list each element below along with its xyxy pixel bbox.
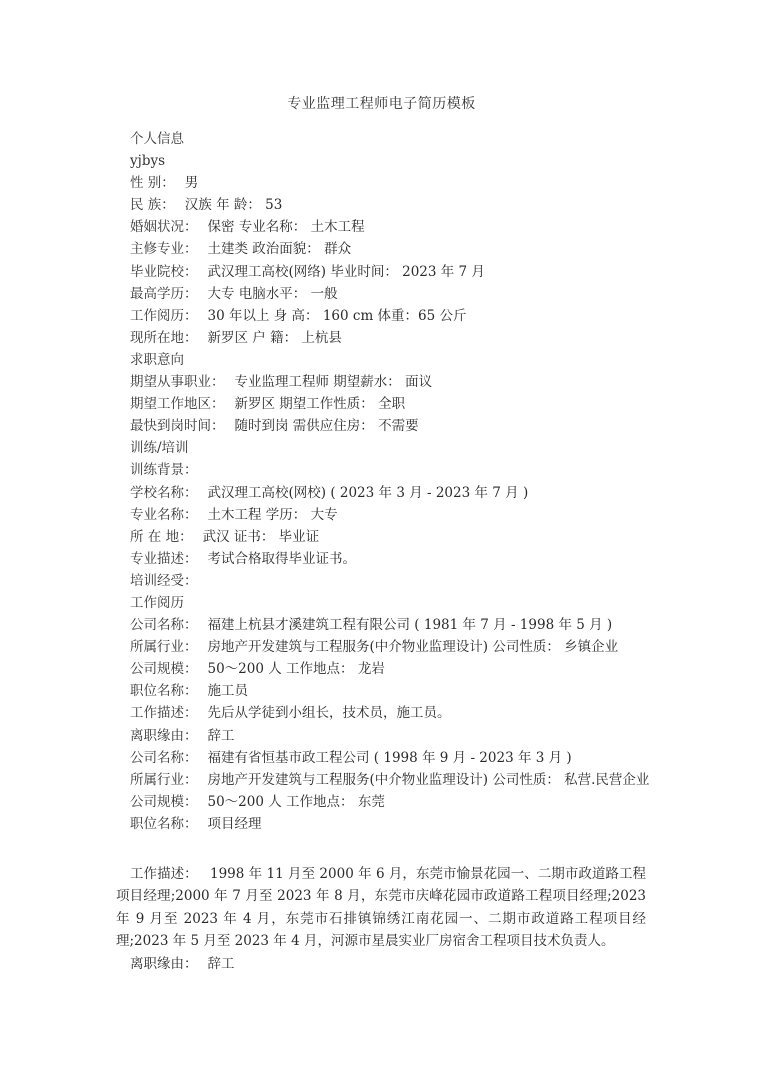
resume-line: 最快到岗时间：随时到岗 需供应住房： 不需要 bbox=[130, 415, 660, 437]
line-label: 公司规模： bbox=[130, 794, 198, 810]
line-value: 武汉理工高校(网校) ( 2023 年 3 月 - 2023 年 7 月 ) bbox=[208, 485, 529, 501]
resume-line: 所属行业：房地产开发建筑与工程服务(中介物业监理设计) 公司性质： 乡镇企业 bbox=[130, 636, 660, 658]
line-label: 民 族： bbox=[130, 197, 175, 213]
line-value: 武汉理工高校(网络) 毕业时间： 2023 年 7 月 bbox=[208, 264, 485, 280]
line-label: 公司名称： bbox=[130, 750, 198, 766]
work-description-paragraph: 工作描述： 1998 年 11 月至 2000 年 6 月，东莞市愉景花园一、二… bbox=[116, 863, 646, 952]
line-label: 工作阅历： bbox=[130, 308, 198, 324]
line-value: 先后从学徒到小组长，技术员，施工员。 bbox=[208, 705, 451, 721]
resume-line: 公司规模：50～200 人 工作地点： 东莞 bbox=[130, 791, 660, 813]
line-label: 公司规模： bbox=[130, 661, 198, 677]
line-value: 福建有省恒基市政工程公司 ( 1998 年 9 月 - 2023 年 3 月 ) bbox=[208, 750, 572, 766]
resume-line: 工作阅历 bbox=[130, 592, 660, 614]
resume-line: yjbys bbox=[130, 150, 660, 172]
resume-line: 工作描述：先后从学徒到小组长，技术员，施工员。 bbox=[130, 702, 660, 724]
resume-line: 婚姻状况：保密 专业名称： 土木工程 bbox=[130, 216, 660, 238]
line-label: 专业描述： bbox=[130, 551, 198, 567]
resume-line: 民 族：汉族 年 龄： 53 bbox=[130, 194, 660, 216]
resume-line: 职位名称：项目经理 bbox=[130, 813, 660, 835]
line-label: 训练/培训 bbox=[130, 440, 189, 456]
leave-reason-label: 离职缘由： bbox=[130, 956, 198, 972]
line-label: 所属行业： bbox=[130, 639, 198, 655]
line-label: 培训经受： bbox=[130, 573, 198, 589]
resume-line: 所属行业：房地产开发建筑与工程服务(中介物业监理设计) 公司性质： 私营.民营企… bbox=[130, 769, 660, 791]
line-value: 土建类 政治面貌： 群众 bbox=[208, 241, 352, 257]
line-value: 辞工 bbox=[208, 728, 235, 744]
resume-line: 职位名称：施工员 bbox=[130, 680, 660, 702]
line-value: 福建上杭县才溪建筑工程有限公司 ( 1981 年 7 月 - 1998 年 5 … bbox=[208, 617, 613, 633]
line-value: 房地产开发建筑与工程服务(中介物业监理设计) 公司性质： 乡镇企业 bbox=[208, 639, 619, 655]
line-label: 学校名称： bbox=[130, 485, 198, 501]
resume-line: 期望工作地区：新罗区 期望工作性质： 全职 bbox=[130, 393, 660, 415]
line-label: 婚姻状况： bbox=[130, 219, 198, 235]
resume-lines: 个人信息yjbys性 别：男民 族：汉族 年 龄： 53婚姻状况：保密 专业名称… bbox=[130, 128, 660, 835]
resume-line: 最高学历：大专 电脑水平： 一般 bbox=[130, 283, 660, 305]
resume-line: 公司名称：福建有省恒基市政工程公司 ( 1998 年 9 月 - 2023 年 … bbox=[130, 747, 660, 769]
line-label: 离职缘由： bbox=[130, 728, 198, 744]
line-value: 男 bbox=[185, 175, 199, 191]
line-value: 50～200 人 工作地点： 龙岩 bbox=[208, 661, 385, 677]
line-value: 保密 专业名称： 土木工程 bbox=[208, 219, 365, 235]
resume-line: 公司名称：福建上杭县才溪建筑工程有限公司 ( 1981 年 7 月 - 1998… bbox=[130, 614, 660, 636]
line-label: 最快到岗时间： bbox=[130, 418, 225, 434]
resume-line: 离职缘由：辞工 bbox=[130, 725, 660, 747]
line-value: 武汉 证书： 毕业证 bbox=[203, 529, 320, 545]
line-label: 工作阅历 bbox=[130, 595, 184, 611]
resume-line: 公司规模：50～200 人 工作地点： 龙岩 bbox=[130, 658, 660, 680]
line-label: 期望工作地区： bbox=[130, 396, 225, 412]
line-value: 专业监理工程师 期望薪水： 面议 bbox=[235, 374, 433, 390]
line-value: 项目经理 bbox=[208, 816, 262, 832]
line-label: 主修专业： bbox=[130, 241, 198, 257]
line-label: 专业名称： bbox=[130, 507, 198, 523]
line-value: 50～200 人 工作地点： 东莞 bbox=[208, 794, 385, 810]
line-value: 30 年以上 身 高： 160 cm 体重：65 公斤 bbox=[208, 308, 467, 324]
line-label: 训练背景： bbox=[130, 462, 198, 478]
line-label: yjbys bbox=[130, 153, 165, 169]
line-label: 求职意向 bbox=[130, 352, 184, 368]
line-value: 大专 电脑水平： 一般 bbox=[208, 286, 338, 302]
line-label: 现所在地： bbox=[130, 330, 198, 346]
line-value: 考试合格取得毕业证书。 bbox=[208, 551, 357, 567]
line-value: 随时到岗 需供应住房： 不需要 bbox=[235, 418, 419, 434]
line-label: 工作描述： bbox=[130, 705, 198, 721]
line-label: 期望从事职业： bbox=[130, 374, 225, 390]
resume-line: 个人信息 bbox=[130, 128, 660, 150]
line-value: 土木工程 学历： 大专 bbox=[208, 507, 338, 523]
line-label: 毕业院校： bbox=[130, 264, 198, 280]
line-value: 汉族 年 龄： 53 bbox=[185, 197, 283, 213]
line-label: 个人信息 bbox=[130, 131, 184, 147]
document-title: 专业监理工程师电子简历模板 bbox=[0, 93, 763, 113]
resume-line: 求职意向 bbox=[130, 349, 660, 371]
resume-line: 主修专业：土建类 政治面貌： 群众 bbox=[130, 238, 660, 260]
leave-reason-value: 辞工 bbox=[208, 956, 235, 972]
resume-line: 学校名称：武汉理工高校(网校) ( 2023 年 3 月 - 2023 年 7 … bbox=[130, 482, 660, 504]
resume-line: 性 别：男 bbox=[130, 172, 660, 194]
line-label: 所属行业： bbox=[130, 772, 198, 788]
line-label: 职位名称： bbox=[130, 683, 198, 699]
line-label: 职位名称： bbox=[130, 816, 198, 832]
resume-line: 专业描述：考试合格取得毕业证书。 bbox=[130, 548, 660, 570]
line-value: 房地产开发建筑与工程服务(中介物业监理设计) 公司性质： 私营.民营企业 bbox=[208, 772, 650, 788]
line-label: 最高学历： bbox=[130, 286, 198, 302]
line-value: 施工员 bbox=[208, 683, 249, 699]
line-label: 性 别： bbox=[130, 175, 175, 191]
line-value: 新罗区 户 籍： 上杭县 bbox=[208, 330, 342, 346]
resume-line: 专业名称：土木工程 学历： 大专 bbox=[130, 504, 660, 526]
resume-line: 所 在 地：武汉 证书： 毕业证 bbox=[130, 526, 660, 548]
line-label: 所 在 地： bbox=[130, 529, 193, 545]
resume-line: 训练背景： bbox=[130, 459, 660, 481]
leave-reason-line: 离职缘由：辞工 bbox=[130, 953, 235, 975]
resume-line: 训练/培训 bbox=[130, 437, 660, 459]
line-label: 公司名称： bbox=[130, 617, 198, 633]
work-description-label: 工作描述： bbox=[130, 866, 198, 882]
line-value: 新罗区 期望工作性质： 全职 bbox=[235, 396, 406, 412]
resume-line: 培训经受： bbox=[130, 570, 660, 592]
resume-line: 工作阅历：30 年以上 身 高： 160 cm 体重：65 公斤 bbox=[130, 305, 660, 327]
resume-line: 现所在地：新罗区 户 籍： 上杭县 bbox=[130, 327, 660, 349]
resume-line: 毕业院校：武汉理工高校(网络) 毕业时间： 2023 年 7 月 bbox=[130, 261, 660, 283]
resume-line: 期望从事职业：专业监理工程师 期望薪水： 面议 bbox=[130, 371, 660, 393]
